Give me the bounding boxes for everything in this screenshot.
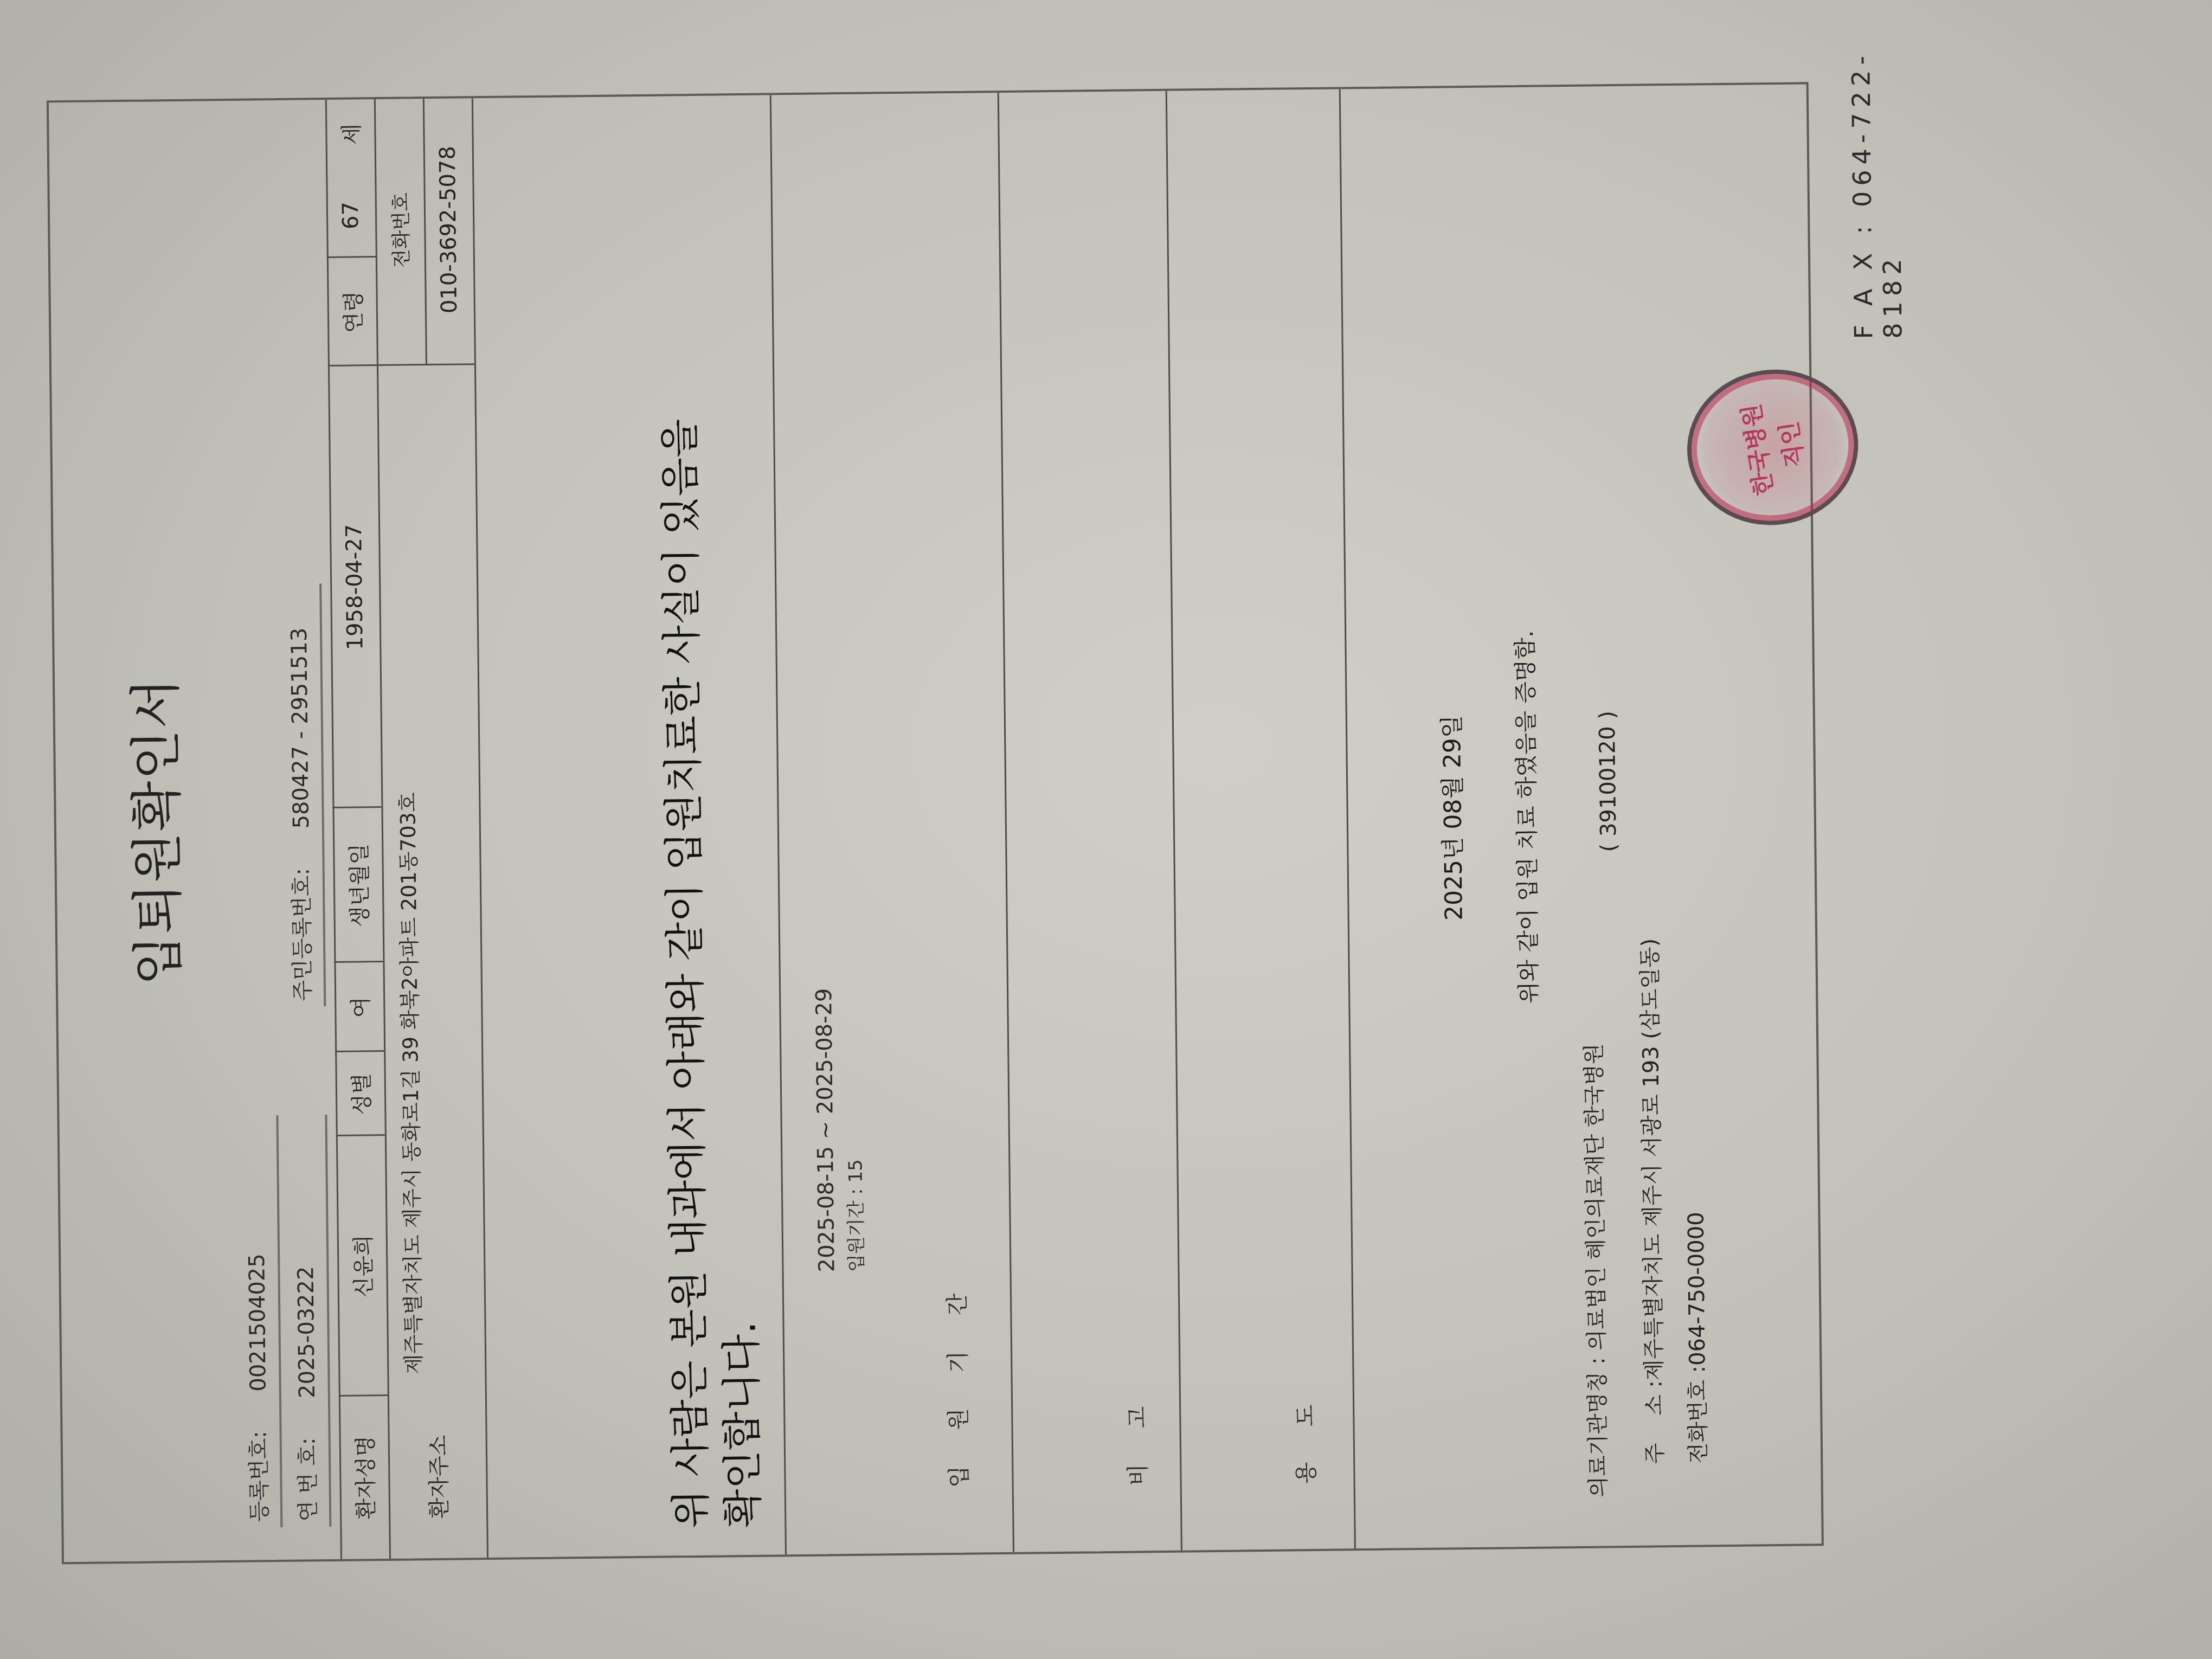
hospital-seal-stamp: 한국병원 직인 [1676,358,1869,537]
purpose-label: 용 도 [1288,1390,1321,1484]
institution-label: 의료기관명칭 : [1585,1357,1611,1497]
table-bottom-border [472,98,488,1558]
institution-value: 의료법인 혜인의료재단 한국병원 [1581,1043,1610,1351]
dob-value: 1958-04-27 [328,366,382,808]
section-divider [770,95,787,1554]
resident-number-label: 주민등록번호: [285,868,317,1001]
serial-number-value: 2025-03222 [293,1266,320,1398]
registration-number-value: 0021504025 [245,1253,271,1392]
dob-label: 생년월일 [333,808,383,963]
certificate-page: 입퇴원확인서 등록번호: 0021504025 연 번 호: 2025-0322… [41,43,2171,1616]
address-label: 환자주소 [388,1395,487,1559]
admission-period-label: 입 원 기 간 [940,1279,974,1488]
institution-address: 주 소 :제주특별자치도 제주시 서광로 193 (삼도일동) [1632,938,1669,1464]
resident-number: 주민등록번호: 580427 - 2951513 [282,628,317,1001]
stamp-text: 한국병원 직인 [1732,396,1814,498]
document-title: 입퇴원확인서 [108,101,198,1561]
patient-phone: 010-3692-5078 [423,94,474,365]
section-divider [1339,89,1356,1548]
confirmation-statement: 위 사람은 본원 내과에서 아래와 같이 입원치료한 사실이 있음을 확인합니다… [651,118,769,1529]
institution-phone-value: 064-750-0000 [1683,1212,1710,1366]
underline [325,1115,331,1527]
underline [276,1115,282,1527]
age-number: 67 [338,202,364,229]
section-divider [1166,91,1182,1551]
age-value: 67 세 [325,95,376,258]
age-label: 연령 [327,258,377,366]
registration-number: 등록번호: 0021504025 [240,1253,273,1522]
section-divider [998,93,1014,1552]
admission-duration: 입원기간 : 15 [840,1159,868,1272]
registration-number-label: 등록번호: [242,1431,274,1522]
underline [319,583,326,1006]
patient-address: 제주특별자치도 제주시 동화로1길 39 화북2아파트 201동703호 [377,365,436,1396]
age-unit: 세 [335,124,365,145]
institution-code: ( 39100120 ) [1595,711,1622,852]
sex-label: 성별 [335,1052,385,1136]
form-border: 입퇴원확인서 등록번호: 0021504025 연 번 호: 2025-0322… [47,82,1824,1564]
remarks-label: 비 고 [1120,1392,1153,1486]
institution-name: 의료기관명칭 : 의료법인 혜인의료재단 한국병원 [1577,1043,1612,1497]
certification-text: 위와 같이 입원 치료 하였음을 증명함. [1502,87,1549,1547]
serial-number: 연 번 호: 2025-03222 [288,1266,322,1522]
serial-number-label: 연 번 호: [291,1437,323,1521]
institution-address-value: 제주특별자치도 제주시 서광로 193 (삼도일동) [1637,938,1667,1381]
phone-label: 전화번호 [374,94,426,366]
resident-number-value: 580427 - 2951513 [287,628,314,829]
patient-name-label: 환자성명 [339,1396,389,1559]
issue-date: 2025년 08월 29일 [1426,88,1476,1548]
institution-phone-label: 전화번호 : [1685,1366,1711,1464]
fax-number: F A X : 064-722-8182 [1846,46,1908,339]
institution-phone: 전화번호 :064-750-0000 [1679,1212,1712,1464]
sex-value: 여 [334,962,384,1052]
patient-name: 신윤희 [336,1136,388,1397]
admission-period: 2025-08-15 ~ 2025-08-29 [812,988,839,1272]
institution-address-label: 주 소 : [1642,1380,1668,1464]
